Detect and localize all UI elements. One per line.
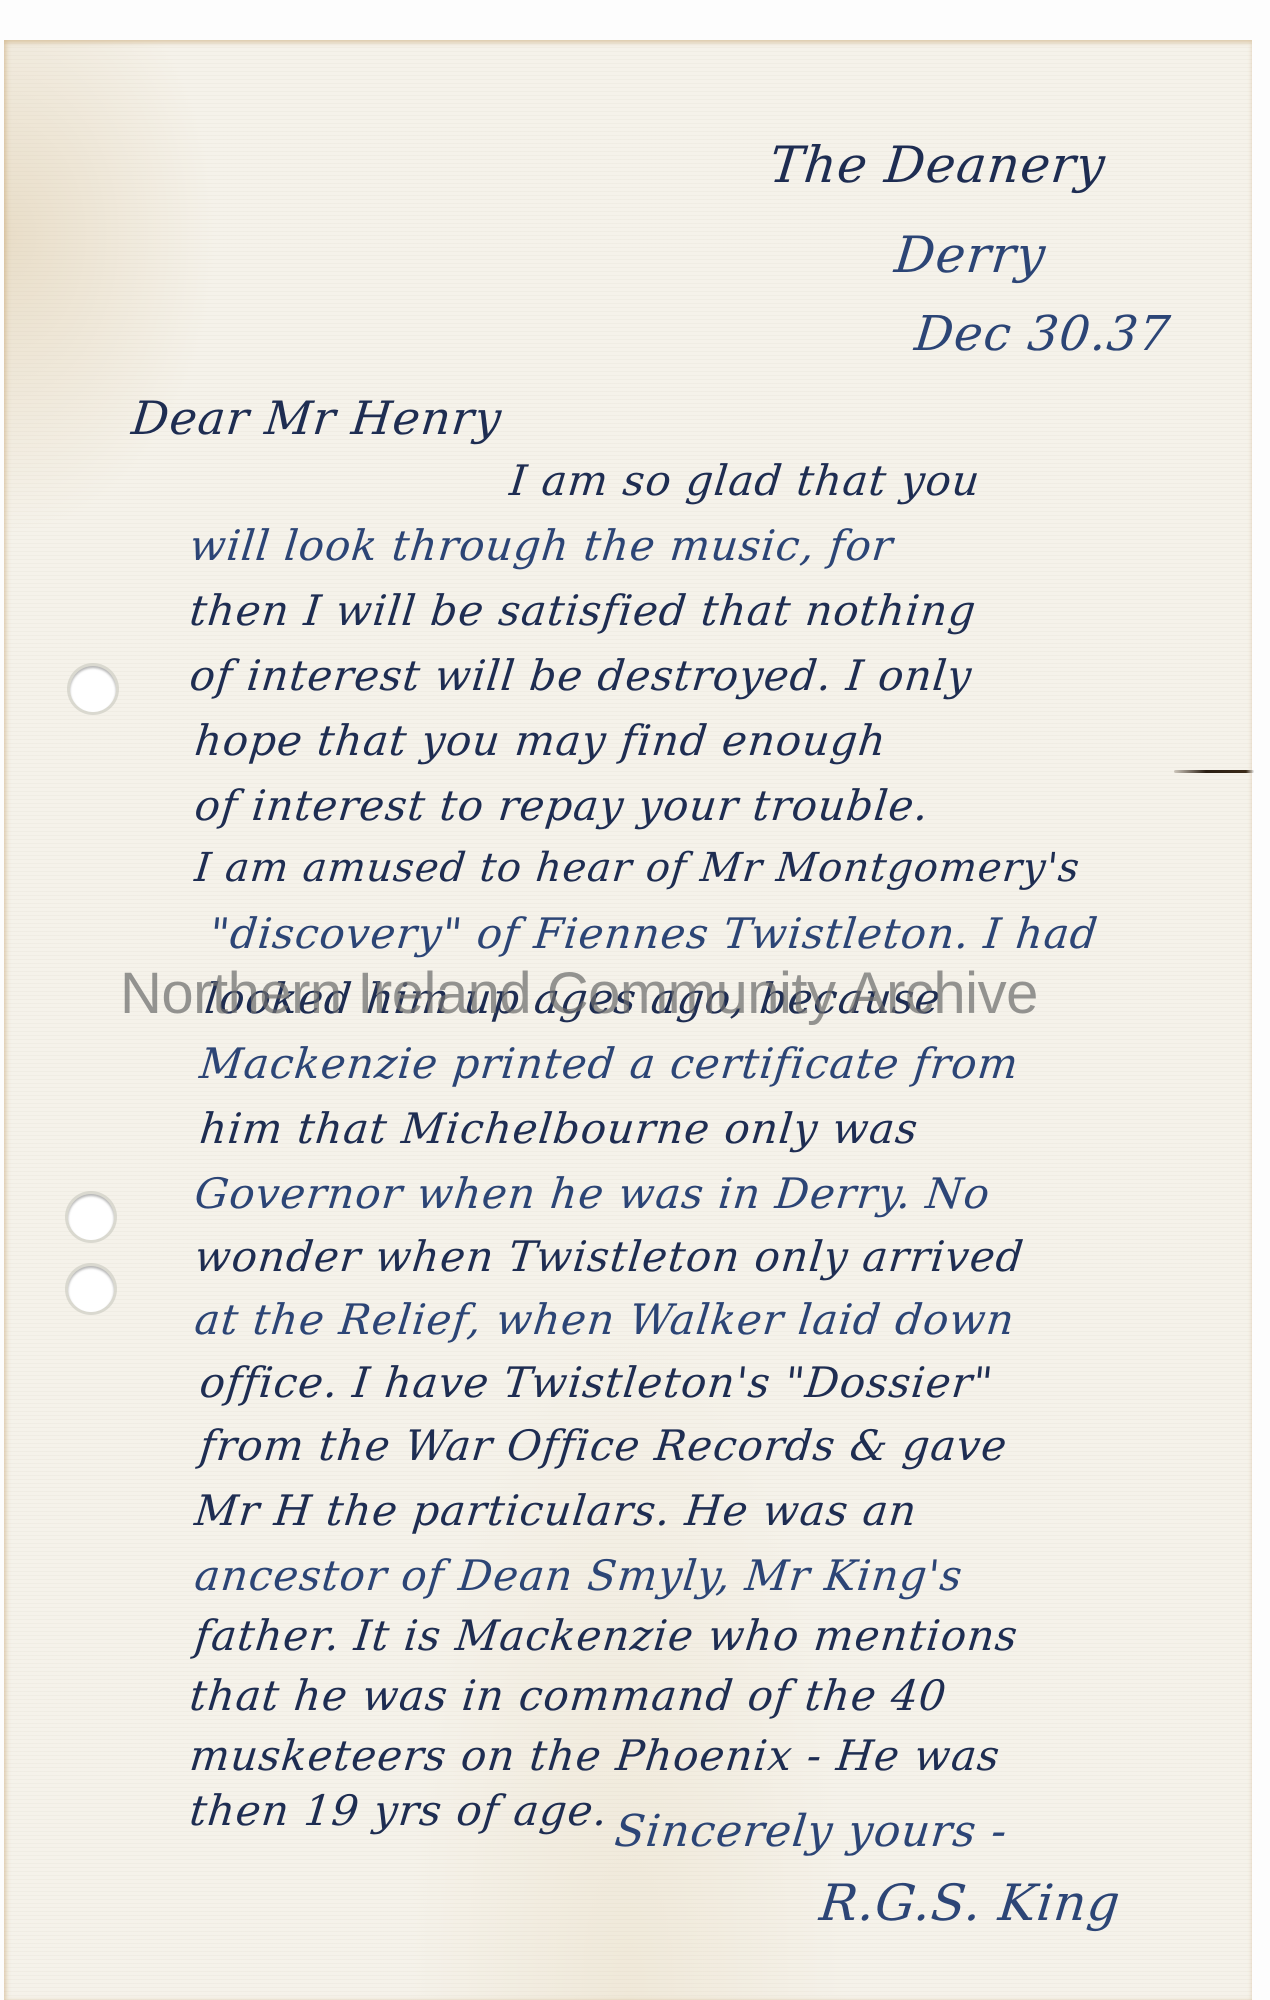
body-line: Mr H the particulars. He was an	[193, 1490, 919, 1532]
body-line: father. It is Mackenzie who mentions	[193, 1615, 1020, 1657]
body-line: at the Relief, when Walker laid down	[193, 1299, 1017, 1341]
body-line: I am amused to hear of Mr Montgomery's	[193, 848, 1082, 888]
body-line: musketeers on the Phoenix - He was	[188, 1735, 1002, 1777]
body-line: Mackenzie printed a certificate from	[198, 1043, 1021, 1085]
archive-watermark: Northern Ireland Community Archive	[120, 960, 1038, 1027]
address-line-1: The Deanery	[767, 140, 1108, 190]
salutation: Dear Mr Henry	[130, 395, 505, 441]
body-line: ancestor of Dean Smyly, Mr King's	[193, 1555, 965, 1597]
punch-hole	[70, 666, 116, 712]
body-line: Governor when he was in Derry. No	[193, 1173, 992, 1215]
body-line: of interest will be destroyed. I only	[188, 655, 974, 697]
signature: R.G.S. King	[817, 1878, 1123, 1928]
body-line: will look through the music, for	[188, 525, 896, 567]
letter-date: Dec 30.37	[912, 310, 1172, 358]
address-line-2: Derry	[892, 230, 1048, 280]
body-line: wonder when Twistleton only arrived	[193, 1236, 1026, 1278]
closing: Sincerely yours -	[613, 1810, 1010, 1854]
body-line: then I will be satisfied that nothing	[188, 590, 979, 632]
body-line: "discovery" of Fiennes Twistleton. I had	[208, 913, 1100, 955]
body-line: from the War Office Records & gave	[198, 1425, 1010, 1467]
body-line: then 19 yrs of age.	[188, 1790, 610, 1832]
punch-hole	[68, 1266, 114, 1312]
body-line: hope that you may find enough	[193, 720, 889, 762]
body-line: office. I have Twistleton's "Dossier"	[198, 1362, 996, 1404]
body-line: I am so glad that you	[508, 460, 983, 502]
body-line: him that Michelbourne only was	[198, 1108, 921, 1150]
body-line: of interest to repay your trouble.	[193, 785, 931, 827]
punch-hole	[68, 1194, 114, 1240]
paper-tear	[1174, 770, 1254, 773]
body-line: that he was in command of the 40	[188, 1675, 949, 1717]
